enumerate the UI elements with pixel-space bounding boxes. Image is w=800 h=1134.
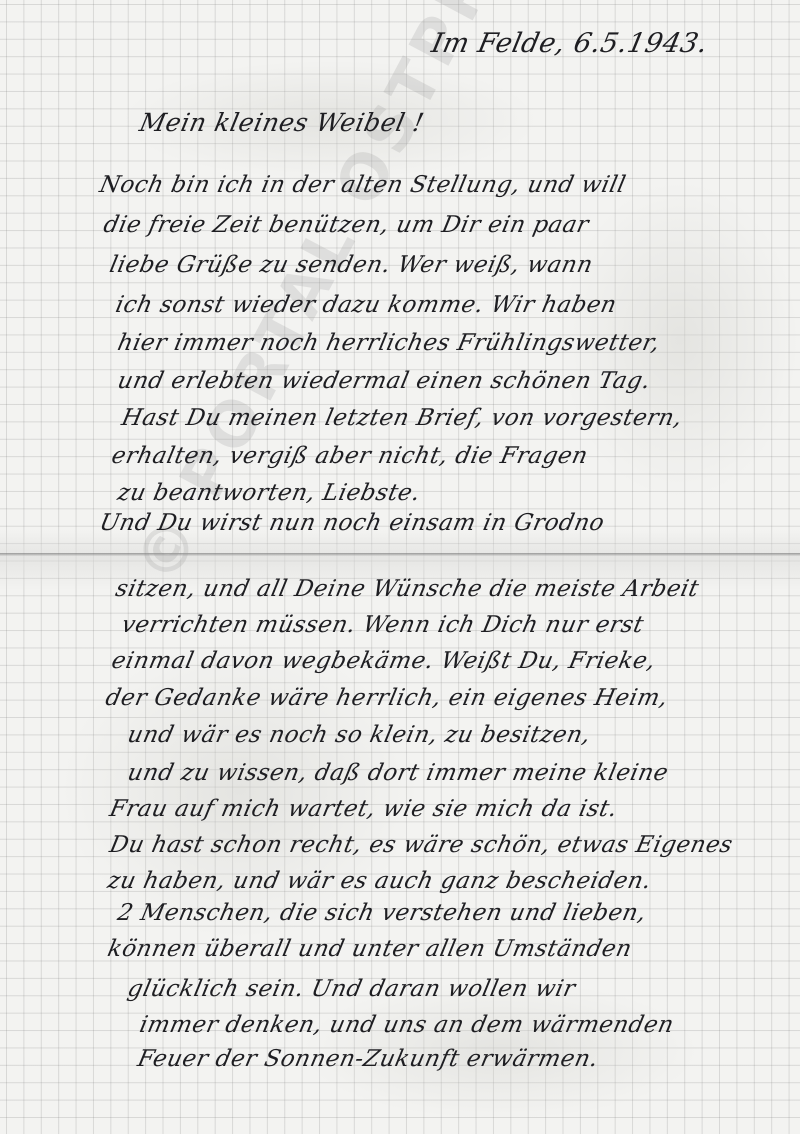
letter-line: sitzen, und all Deine Wünsche die meiste… — [113, 576, 701, 602]
fold-crease — [0, 553, 800, 556]
letter-line: hier immer noch herrliches Frühlingswett… — [115, 330, 662, 356]
letter-line: zu haben, und wär es auch ganz bescheide… — [105, 868, 654, 894]
letter-line: ich sonst wieder dazu komme. Wir haben — [113, 292, 619, 318]
letter-line: Feuer der Sonnen-Zukunft erwärmen. — [135, 1046, 601, 1072]
letter-salutation: Mein kleines Weibel ! — [137, 108, 427, 137]
letter-line: einmal davon wegbekäme. Weißt Du, Frieke… — [109, 648, 658, 674]
letter-line: Und Du wirst nun noch einsam in Grodno — [97, 510, 607, 536]
letter-line: Hast Du meinen letzten Brief, von vorges… — [119, 405, 684, 431]
letter-line: können überall und unter allen Umständen — [105, 936, 634, 962]
letter-line: verrichten müssen. Wenn ich Dich nur ers… — [119, 612, 646, 638]
letter-place-date: Im Felde, 6.5.1943. — [429, 28, 711, 59]
letter-line: immer denken, und uns an dem wärmenden — [137, 1012, 676, 1038]
letter-line: Du hast schon recht, es wäre schön, etwa… — [107, 832, 735, 858]
letter-line: Noch bin ich in der alten Stellung, und … — [97, 172, 628, 198]
letter-line: und wär es noch so klein, zu besitzen, — [125, 722, 593, 748]
letter-line: erhalten, vergiß aber nicht, die Fragen — [109, 443, 590, 469]
letter-line: und erlebten wiedermal einen schönen Tag… — [115, 368, 653, 394]
letter-line: zu beantworten, Liebste. — [115, 480, 423, 506]
letter-line: liebe Grüße zu senden. Wer weiß, wann — [107, 252, 595, 278]
letter-line: und zu wissen, daß dort immer meine klei… — [125, 760, 670, 786]
letter-line: der Gedanke wäre herrlich, ein eigenes H… — [103, 685, 670, 711]
letter-line: die freie Zeit benützen, um Dir ein paar — [101, 212, 591, 238]
letter-line: glücklich sein. Und daran wollen wir — [125, 976, 578, 1002]
letter-line: 2 Menschen, die sich verstehen und liebe… — [115, 900, 648, 926]
letter-line: Frau auf mich wartet, wie sie mich da is… — [107, 796, 620, 822]
